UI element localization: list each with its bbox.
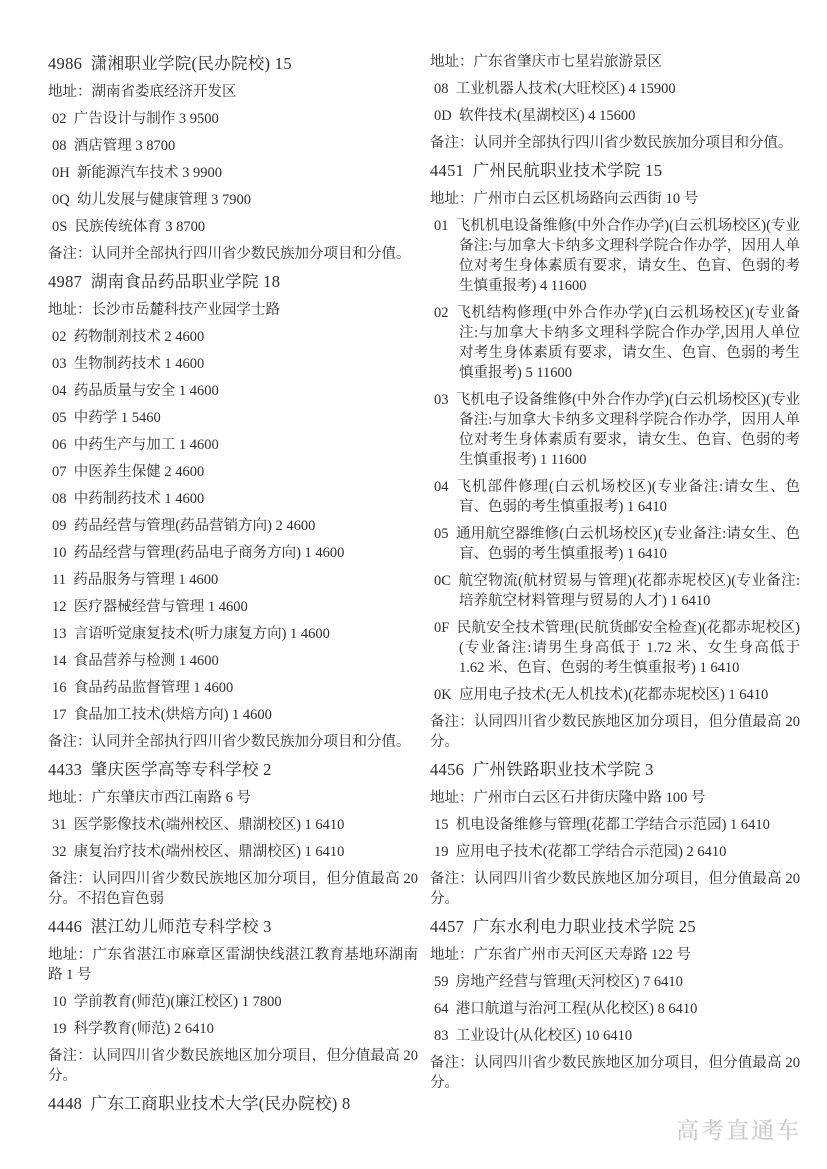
program-line: 0K 应用电子技术(无人机技术)(花都赤坭校区) 1 6410 — [434, 685, 800, 705]
program-line: 07 中医养生保健 2 4600 — [52, 462, 418, 482]
school-header: 4457 广东水利电力职业技术学院 25 — [430, 916, 800, 938]
remark-line: 备注：认同四川省少数民族地区加分项目，但分值最高 20 分。 — [430, 869, 800, 909]
program-line: 08 工业机器人技术(大旺校区) 4 15900 — [434, 79, 800, 99]
program-line: 04 药品质量与安全 1 4600 — [52, 381, 418, 401]
program-line: 04 飞机部件修理(白云机场校区)(专业备注:请女生、色盲、色弱的考生慎重报考)… — [434, 477, 800, 517]
program-line: 02 药物制剂技术 2 4600 — [52, 327, 418, 347]
program-line: 08 酒店管理 3 8700 — [52, 136, 418, 156]
program-line: 0Q 幼儿发展与健康管理 3 7900 — [52, 190, 418, 210]
program-line: 15 机电设备维修与管理(花都工学结合示范园) 1 6410 — [434, 815, 800, 835]
program-line: 19 应用电子技术(花都工学结合示范园) 2 6410 — [434, 842, 800, 862]
remark-line: 备注：认同并全部执行四川省少数民族加分项目和分值。 — [48, 732, 418, 752]
watermark: 高考直通车 — [676, 1112, 801, 1145]
address-line: 地址：广州市白云区机场路向云西街 10 号 — [430, 189, 800, 209]
program-line: 31 医学影像技术(端州校区、鼎湖校区) 1 6410 — [52, 815, 418, 835]
program-line: 03 飞机电子设备维修(中外合作办学)(白云机场校区)(专业备注:与加拿大卡纳多… — [434, 390, 800, 470]
address-line: 地址：广东肇庆市西江南路 6 号 — [48, 788, 418, 808]
remark-line: 备注：认同四川省少数民族地区加分项目，但分值最高 20 分。 — [430, 1053, 800, 1093]
program-line: 59 房地产经营与管理(天河校区) 7 6410 — [434, 972, 800, 992]
school-header: 4456 广州铁路职业技术学院 3 — [430, 759, 800, 781]
program-line: 0S 民族传统体育 3 8700 — [52, 217, 418, 237]
school-header: 4987 湖南食品药品职业学院 18 — [48, 271, 418, 293]
program-line: 0D 软件技术(星湖校区) 4 15600 — [434, 106, 800, 126]
program-line: 16 食品药品监督管理 1 4600 — [52, 678, 418, 698]
program-line: 83 工业设计(从化校区) 10 6410 — [434, 1026, 800, 1046]
address-line: 地址：长沙市岳麓科技产业园学士路 — [48, 300, 418, 320]
school-header: 4433 肇庆医学高等专科学校 2 — [48, 759, 418, 781]
program-line: 19 科学教育(师范) 2 6410 — [52, 1019, 418, 1039]
program-line: 64 港口航道与治河工程(从化校区) 8 6410 — [434, 999, 800, 1019]
school-header: 4446 湛江幼儿师范专科学校 3 — [48, 916, 418, 938]
address-line: 地址：广东省广州市天河区天寿路 122 号 — [430, 945, 800, 965]
two-column-layout: 4986 潇湘职业学院(民办院校) 15地址：湖南省娄底经济开发区02 广告设计… — [0, 0, 827, 1122]
program-line: 11 药品服务与管理 1 4600 — [52, 570, 418, 590]
address-line: 地址：湖南省娄底经济开发区 — [48, 82, 418, 102]
program-line: 14 食品营养与检测 1 4600 — [52, 651, 418, 671]
program-line: 0H 新能源汽车技术 3 9900 — [52, 163, 418, 183]
program-line: 05 通用航空器维修(白云机场校区)(专业备注:请女生、色盲、色弱的考生慎重报考… — [434, 524, 800, 564]
school-header: 4451 广州民航职业技术学院 15 — [430, 160, 800, 182]
program-line: 05 中药学 1 5460 — [52, 408, 418, 428]
remark-line: 备注：认同四川省少数民族地区加分项目，但分值最高 20 分。 — [48, 1046, 418, 1086]
address-line: 地址：广州市白云区石井街庆隆中路 100 号 — [430, 788, 800, 808]
program-line: 12 医疗器械经营与管理 1 4600 — [52, 597, 418, 617]
program-line: 17 食品加工技术(烘焙方向) 1 4600 — [52, 705, 418, 725]
program-line: 10 学前教育(师范)(廉江校区) 1 7800 — [52, 992, 418, 1012]
left-column: 4986 潇湘职业学院(民办院校) 15地址：湖南省娄底经济开发区02 广告设计… — [48, 52, 418, 1122]
program-line: 08 中药制药技术 1 4600 — [52, 489, 418, 509]
program-line: 0C 航空物流(航材贸易与管理)(花都赤坭校区)(专业备注:培养航空材料管理与贸… — [434, 571, 800, 611]
school-header: 4986 潇湘职业学院(民办院校) 15 — [48, 53, 418, 75]
program-line: 02 飞机结构修理(中外合作办学)(白云机场校区)(专业备注:与加拿大卡纳多文理… — [434, 303, 800, 383]
remark-line: 备注：认同四川省少数民族地区加分项目，但分值最高 20 分。 — [430, 712, 800, 752]
remark-line: 备注：认同四川省少数民族地区加分项目，但分值最高 20 分。不招色盲色弱 — [48, 869, 418, 909]
remark-line: 备注：认同并全部执行四川省少数民族加分项目和分值。 — [48, 244, 418, 264]
address-line: 地址：广东省湛江市麻章区雷湖快线湛江教育基地环湖南路 1 号 — [48, 945, 418, 985]
school-header: 4448 广东工商职业技术大学(民办院校) 8 — [48, 1093, 418, 1115]
program-line: 13 言语听觉康复技术(听力康复方向) 1 4600 — [52, 624, 418, 644]
program-line: 09 药品经营与管理(药品营销方向) 2 4600 — [52, 516, 418, 536]
program-line: 10 药品经营与管理(药品电子商务方向) 1 4600 — [52, 543, 418, 563]
program-line: 32 康复治疗技术(端州校区、鼎湖校区) 1 6410 — [52, 842, 418, 862]
program-line: 03 生物制药技术 1 4600 — [52, 354, 418, 374]
program-line: 0F 民航安全技术管理(民航货邮安全检查)(花都赤坭校区)(专业备注:请男生身高… — [434, 618, 800, 678]
program-line: 06 中药生产与加工 1 4600 — [52, 435, 418, 455]
document-page: 4986 潇湘职业学院(民办院校) 15地址：湖南省娄底经济开发区02 广告设计… — [0, 0, 827, 1169]
address-line: 地址：广东省肇庆市七星岩旅游景区 — [430, 52, 800, 72]
right-column: 地址：广东省肇庆市七星岩旅游景区08 工业机器人技术(大旺校区) 4 15900… — [430, 52, 800, 1122]
remark-line: 备注：认同并全部执行四川省少数民族加分项目和分值。 — [430, 133, 800, 153]
program-line: 02 广告设计与制作 3 9500 — [52, 109, 418, 129]
program-line: 01 飞机机电设备维修(中外合作办学)(白云机场校区)(专业备注:与加拿大卡纳多… — [434, 216, 800, 296]
